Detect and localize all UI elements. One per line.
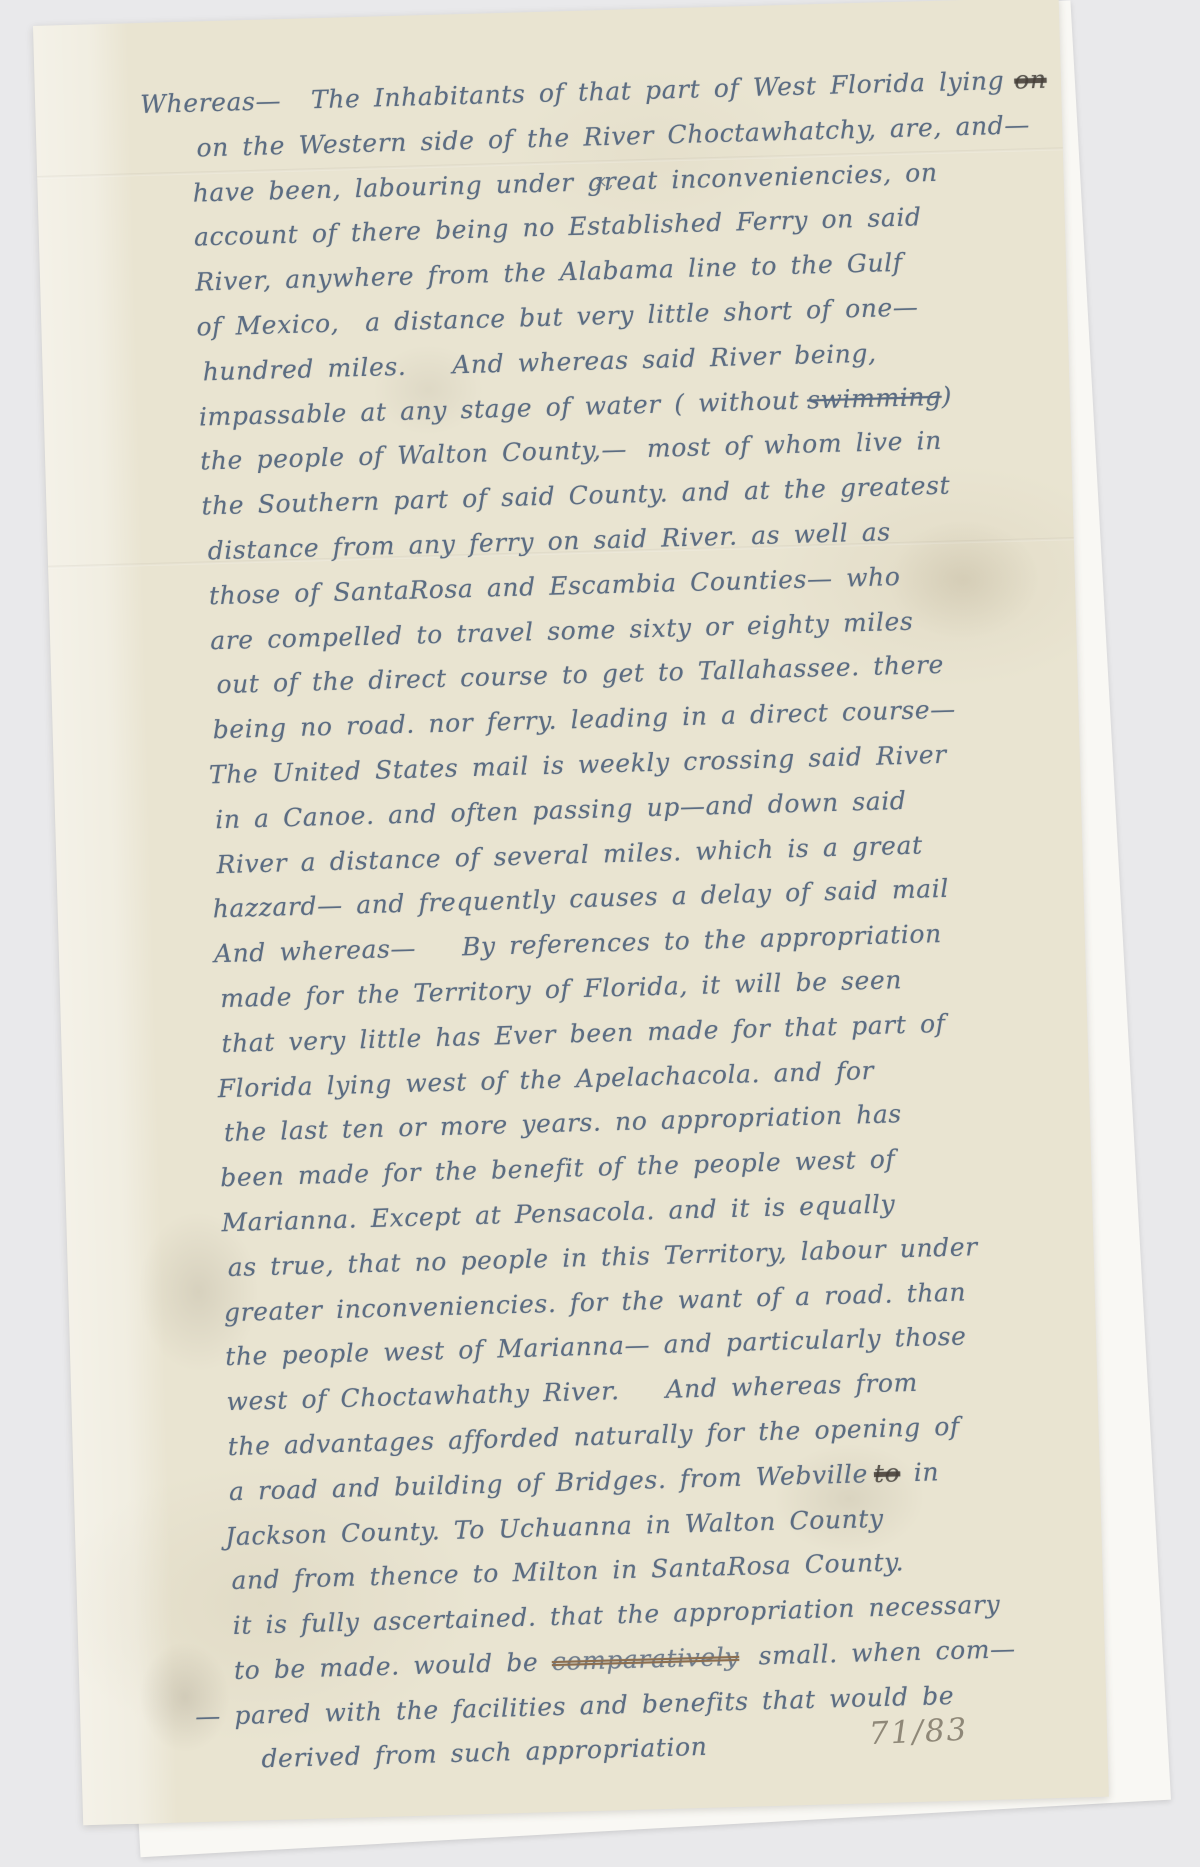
handwriting-segment: And whereas from [665, 1368, 918, 1404]
handwriting-segment: Whereas— [140, 86, 282, 119]
handwriting-segment: of Mexico, [196, 309, 340, 342]
handwriting-segment: to be made. would be [234, 1647, 553, 1685]
handwriting-segment: derived from such appropriation [261, 1732, 708, 1773]
manuscript-page: Whereas—The Inhabitants of that part of … [33, 0, 1109, 1825]
insertion-caret-mark: ×, [593, 172, 613, 193]
pencil-page-number: 71/83 [868, 1712, 969, 1752]
handwriting-segment: in [900, 1457, 940, 1487]
handwriting-lines: Whereas—The Inhabitants of that part of … [35, 57, 1108, 1787]
handwriting-segment: the people of Walton County,— [200, 435, 628, 476]
handwriting-segment: And whereas— [214, 934, 417, 969]
scanned-document-stage: Whereas—The Inhabitants of that part of … [0, 0, 1200, 1867]
struck-out-word: comparatively [551, 1642, 739, 1676]
struck-out-word: to [874, 1458, 901, 1488]
handwriting-segment: By references to the appropriation [462, 919, 943, 961]
struck-out-word: swimming [807, 381, 942, 414]
handwriting-segment: ) [941, 381, 952, 410]
handwriting-segment: a distance but very little short of one— [365, 292, 919, 336]
handwriting-segment: most of whom live in [647, 426, 943, 463]
handwriting-segment: impassable at any stage of water ( witho… [199, 385, 800, 431]
handwriting-segment: small. when com— [745, 1634, 1016, 1671]
handwriting-segment: west of Choctawhathy River. [226, 1376, 620, 1416]
handwriting-segment: And whereas said River being, [452, 338, 877, 379]
handwriting-segment: hundred miles. [202, 351, 406, 386]
struck-out-word: on [1014, 65, 1047, 95]
